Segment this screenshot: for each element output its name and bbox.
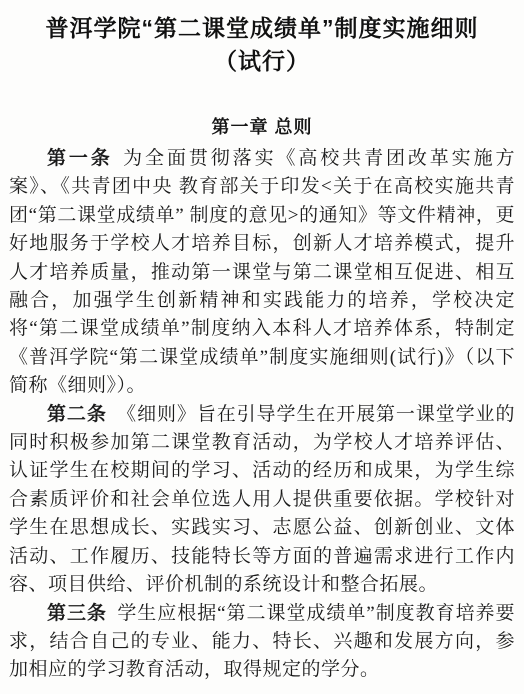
paragraph-article-2: 第二条《细则》旨在引导学生在开展第一课堂学业的同时积极参加第二课堂教育活动，为学… [9,401,515,600]
document-title-line1: 普洱学院“第二课堂成绩单”制度实施细则 [9,12,515,45]
paragraph-article-1: 第一条为全面贯彻落实《高校共青团改革实施方案》、《共青团中央 教育部关于印发<关… [9,145,515,401]
paragraph-article-3: 第三条学生应根据“第二课堂成绩单”制度教育培养要求，结合自己的专业、能力、特长、… [9,600,515,685]
document-title: 普洱学院“第二课堂成绩单”制度实施细则 （试行） [9,12,515,78]
article-2-label: 第二条 [47,404,107,425]
article-2-text: 《细则》旨在引导学生在开展第一课堂学业的同时积极参加第二课堂教育活动，为学校人才… [9,404,515,595]
article-1-text: 为全面贯彻落实《高校共青团改革实施方案》、《共青团中央 教育部关于印发<关于在高… [9,148,515,396]
document-page: 普洱学院“第二课堂成绩单”制度实施细则 （试行） 第一章 总则 第一条为全面贯彻… [0,0,524,694]
document-title-line2: （试行） [9,45,515,78]
article-3-label: 第三条 [47,603,107,624]
chapter-heading: 第一章 总则 [9,115,515,139]
article-1-label: 第一条 [47,148,113,169]
